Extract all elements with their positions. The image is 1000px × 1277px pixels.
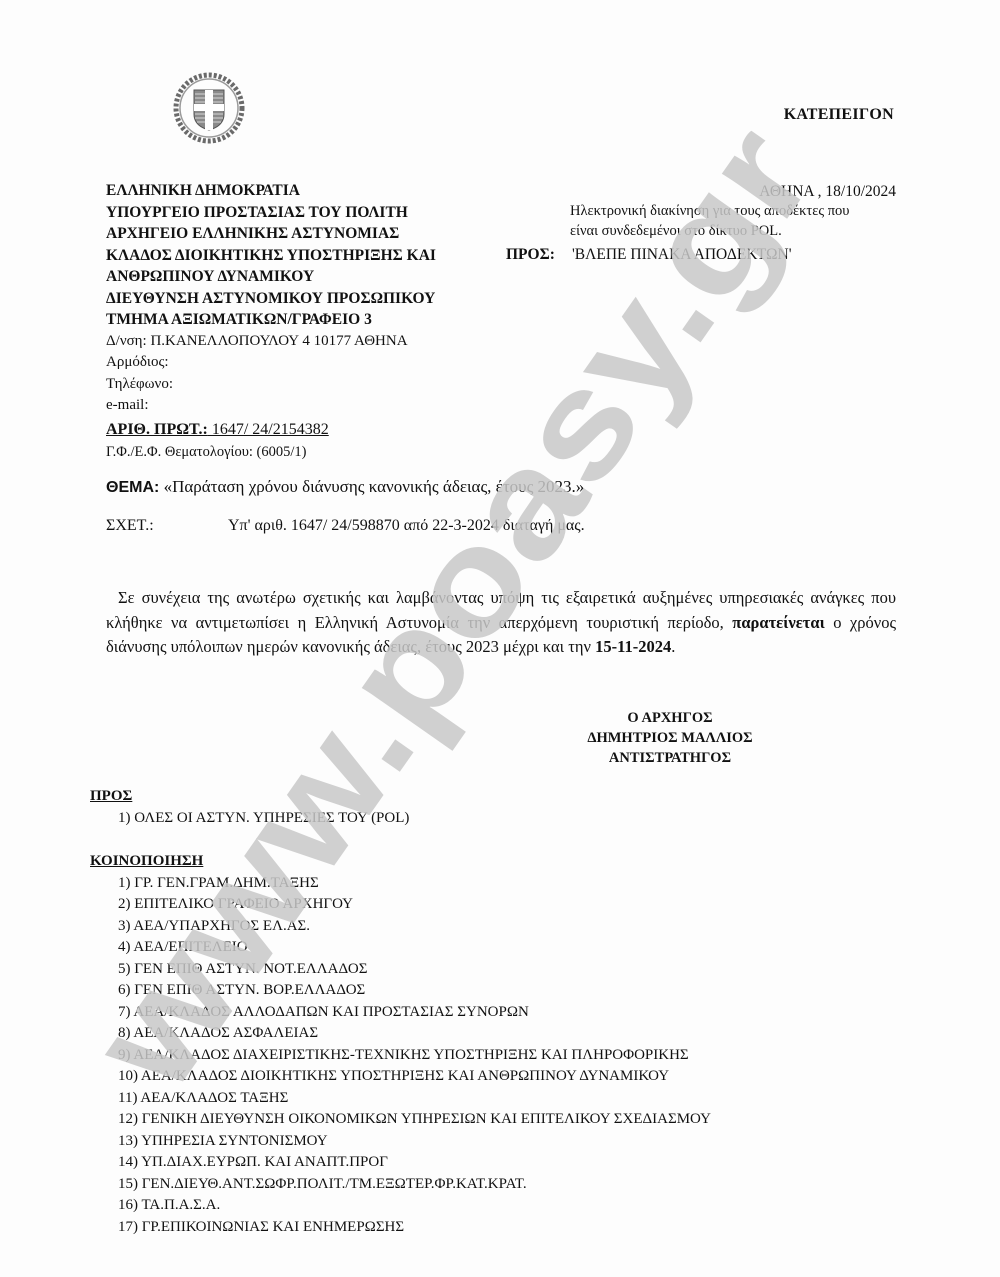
cc-heading: ΚΟΙΝΟΠΟΙΗΣΗ bbox=[90, 851, 711, 873]
issuer-line: ΕΛΛΗΝΙΚΗ ΔΗΜΟΚΡΑΤΙΑ bbox=[106, 180, 506, 202]
distribution-list: ΠΡΟΣ 1) ΟΛΕΣ ΟΙ ΑΣΤΥΝ. ΥΠΗΡΕΣΙΕΣ ΤΟΥ (PO… bbox=[90, 786, 711, 1238]
list-item: 13) ΥΠΗΡΕΣΙΑ ΣΥΝΤΟΝΙΣΜΟΥ bbox=[118, 1131, 711, 1153]
list-item: 4) ΑΕΑ/ΕΠΙΤΕΛΕΙΟ bbox=[118, 937, 711, 959]
protocol-number: ΑΡΙΘ. ΠΡΩΤ.: 1647/ 24/2154382 bbox=[106, 418, 506, 441]
electronic-note-line: Ηλεκτρονική διακίνηση για τους αποδέκτες… bbox=[570, 201, 896, 221]
issuer-line: ΥΠΟΥΡΓΕΙΟ ΠΡΟΣΤΑΣΙΑΣ ΤΟΥ ΠΟΛΙΤΗ bbox=[106, 202, 506, 224]
issuer-line: ΔΙΕΥΘΥΝΣΗ ΑΣΤΥΝΟΜΙΚΟΥ ΠΡΟΣΩΠΙΚΟΥ bbox=[106, 288, 506, 310]
body-emphasis: παρατείνεται bbox=[732, 613, 824, 632]
related-reference: ΣΧΕΤ.:Υπ' αριθ. 1647/ 24/598870 από 22-3… bbox=[106, 517, 585, 535]
signature-block: Ο ΑΡΧΗΓΟΣ ΔΗΜΗΤΡΙΟΣ ΜΑΛΛΙΟΣ ΑΝΤΙΣΤΡΑΤΗΓΟ… bbox=[540, 708, 800, 768]
protocol-label: ΑΡΙΘ. ΠΡΩΤ.: bbox=[106, 421, 208, 438]
list-item: 6) ΓΕΝ ΕΠΙΘ ΑΣΤΥΝ. ΒΟΡ.ΕΛΛΑΔΟΣ bbox=[118, 980, 711, 1002]
list-item: 17) ΓΡ.ΕΠΙΚΟΙΝΩΝΙΑΣ ΚΑΙ ΕΝΗΜΕΡΩΣΗΣ bbox=[118, 1217, 711, 1239]
related-label: ΣΧΕΤ.: bbox=[106, 517, 228, 535]
list-item: 16) ΤΑ.Π.Α.Σ.Α. bbox=[118, 1195, 711, 1217]
theme-reference: Γ.Φ./Ε.Φ. Θεματολογίου: (6005/1) bbox=[106, 441, 506, 463]
phone-label: Τηλέφωνο: bbox=[106, 374, 506, 396]
list-item: 3) ΑΕΑ/ΥΠΑΡΧΗΓΟΣ ΕΛ.ΑΣ. bbox=[118, 916, 711, 938]
email-label: e-mail: bbox=[106, 395, 506, 417]
issuer-line: ΑΡΧΗΓΕΙΟ ΕΛΛΗΝΙΚΗΣ ΑΣΤΥΝΟΜΙΑΣ bbox=[106, 223, 506, 245]
list-item: 10) ΑΕΑ/ΚΛΑΔΟΣ ΔΙΟΙΚΗΤΙΚΗΣ ΥΠΟΣΤΗΡΙΞΗΣ Κ… bbox=[118, 1066, 711, 1088]
body-text: . bbox=[671, 637, 675, 656]
subject-label: ΘΕΜΑ: bbox=[106, 479, 159, 496]
to-heading: ΠΡΟΣ bbox=[90, 786, 711, 808]
issuer-line: ΤΜΗΜΑ ΑΞΙΩΜΑΤΙΚΩΝ/ΓΡΑΦΕΙΟ 3 bbox=[106, 309, 506, 331]
list-item: 1) ΟΛΕΣ ΟΙ ΑΣΤΥΝ. ΥΠΗΡΕΣΙΕΣ ΤΟΥ (POL) bbox=[118, 808, 711, 830]
issuer-address: Δ/νση: Π.ΚΑΝΕΛΛΟΠΟΥΛΟΥ 4 10177 ΑΘΗΝΑ bbox=[106, 331, 506, 353]
body-paragraph: Σε συνέχεια της ανωτέρω σχετικής και λαμ… bbox=[106, 586, 896, 660]
list-item: 7) ΑΕΑ/ΚΛΑΔΟΣ ΑΛΛΟΔΑΠΩΝ ΚΑΙ ΠΡΟΣΤΑΣΙΑΣ Σ… bbox=[118, 1002, 711, 1024]
subject-text: «Παράταση χρόνου διάνυσης κανονικής άδει… bbox=[159, 477, 584, 496]
deadline-date: 15-11-2024 bbox=[595, 637, 671, 656]
related-text: Υπ' αριθ. 1647/ 24/598870 από 22-3-2024 … bbox=[228, 517, 585, 534]
signatory-title: Ο ΑΡΧΗΓΟΣ bbox=[540, 708, 800, 728]
to-list: 1) ΟΛΕΣ ΟΙ ΑΣΤΥΝ. ΥΠΗΡΕΣΙΕΣ ΤΟΥ (POL) bbox=[90, 808, 711, 830]
list-item: 12) ΓΕΝΙΚΗ ΔΙΕΥΘΥΝΣΗ ΟΙΚΟΝΟΜΙΚΩΝ ΥΠΗΡΕΣΙ… bbox=[118, 1109, 711, 1131]
protocol-value: 1647/ 24/2154382 bbox=[208, 421, 329, 438]
signatory-rank: ΑΝΤΙΣΤΡΑΤΗΓΟΣ bbox=[540, 748, 800, 768]
electronic-note-line: είναι συνδεδεμένοι στο δίκτυο POL. bbox=[570, 221, 896, 241]
issuer-line: ΑΝΘΡΩΠΙΝΟΥ ΔΥΝΑΜΙΚΟΥ bbox=[106, 266, 506, 288]
responsible-label: Αρμόδιος: bbox=[106, 352, 506, 374]
addressee-label: ΠΡΟΣ: bbox=[500, 245, 572, 264]
place-date: ΑΘΗΝΑ , 18/10/2024 bbox=[500, 182, 896, 201]
issuer-line: ΚΛΑΔΟΣ ΔΙΟΙΚΗΤΙΚΗΣ ΥΠΟΣΤΗΡΙΞΗΣ ΚΑΙ bbox=[106, 245, 506, 267]
list-item: 14) ΥΠ.ΔΙΑΧ.ΕΥΡΩΠ. ΚΑΙ ΑΝΑΠΤ.ΠΡΟΓ bbox=[118, 1152, 711, 1174]
greek-coat-of-arms-icon bbox=[172, 70, 246, 146]
document-page: ΚΑΤΕΠΕΙΓΟΝ ΕΛΛΗΝΙΚΗ ΔΗΜΟΚΡΑΤΙΑ ΥΠΟΥΡΓΕΙΟ… bbox=[0, 0, 1000, 1277]
list-item: 11) ΑΕΑ/ΚΛΑΔΟΣ ΤΑΞΗΣ bbox=[118, 1088, 711, 1110]
date-recipient-block: ΑΘΗΝΑ , 18/10/2024 Ηλεκτρονική διακίνηση… bbox=[500, 182, 896, 264]
cc-list: 1) ΓΡ. ΓΕΝ.ΓΡΑΜ.ΔΗΜ.ΤΑΞΗΣ2) ΕΠΙΤΕΛΙΚΟ ΓΡ… bbox=[90, 873, 711, 1239]
list-item: 1) ΓΡ. ΓΕΝ.ΓΡΑΜ.ΔΗΜ.ΤΑΞΗΣ bbox=[118, 873, 711, 895]
list-item: 5) ΓΕΝ ΕΠΙΘ ΑΣΤΥΝ. ΝΟΤ.ΕΛΛΑΔΟΣ bbox=[118, 959, 711, 981]
signatory-name: ΔΗΜΗΤΡΙΟΣ ΜΑΛΛΙΟΣ bbox=[540, 728, 800, 748]
addressee-line: ΠΡΟΣ:'ΒΛΕΠΕ ΠΙΝΑΚΑ ΑΠΟΔΕΚΤΩΝ' bbox=[500, 245, 896, 264]
issuer-block: ΕΛΛΗΝΙΚΗ ΔΗΜΟΚΡΑΤΙΑ ΥΠΟΥΡΓΕΙΟ ΠΡΟΣΤΑΣΙΑΣ… bbox=[106, 180, 506, 463]
addressee-value: 'ΒΛΕΠΕ ΠΙΝΑΚΑ ΑΠΟΔΕΚΤΩΝ' bbox=[572, 246, 792, 263]
electronic-distribution-note: Ηλεκτρονική διακίνηση για τους αποδέκτες… bbox=[500, 201, 896, 241]
list-item: 9) ΑΕΑ/ΚΛΑΔΟΣ ΔΙΑΧΕΙΡΙΣΤΙΚΗΣ-ΤΕΧΝΙΚΗΣ ΥΠ… bbox=[118, 1045, 711, 1067]
subject-line: ΘΕΜΑ: «Παράταση χρόνου διάνυσης κανονική… bbox=[106, 477, 584, 497]
list-item: 15) ΓΕΝ.ΔΙΕΥΘ.ΑΝΤ.ΣΩΦΡ.ΠΟΛΙΤ./ΤΜ.ΕΞΩΤΕΡ.… bbox=[118, 1174, 711, 1196]
list-item: 8) ΑΕΑ/ΚΛΑΔΟΣ ΑΣΦΑΛΕΙΑΣ bbox=[118, 1023, 711, 1045]
list-item: 2) ΕΠΙΤΕΛΙΚΟ ΓΡΑΦΕΙΟ ΑΡΧΗΓΟΥ bbox=[118, 894, 711, 916]
urgency-label: ΚΑΤΕΠΕΙΓΟΝ bbox=[784, 106, 894, 124]
